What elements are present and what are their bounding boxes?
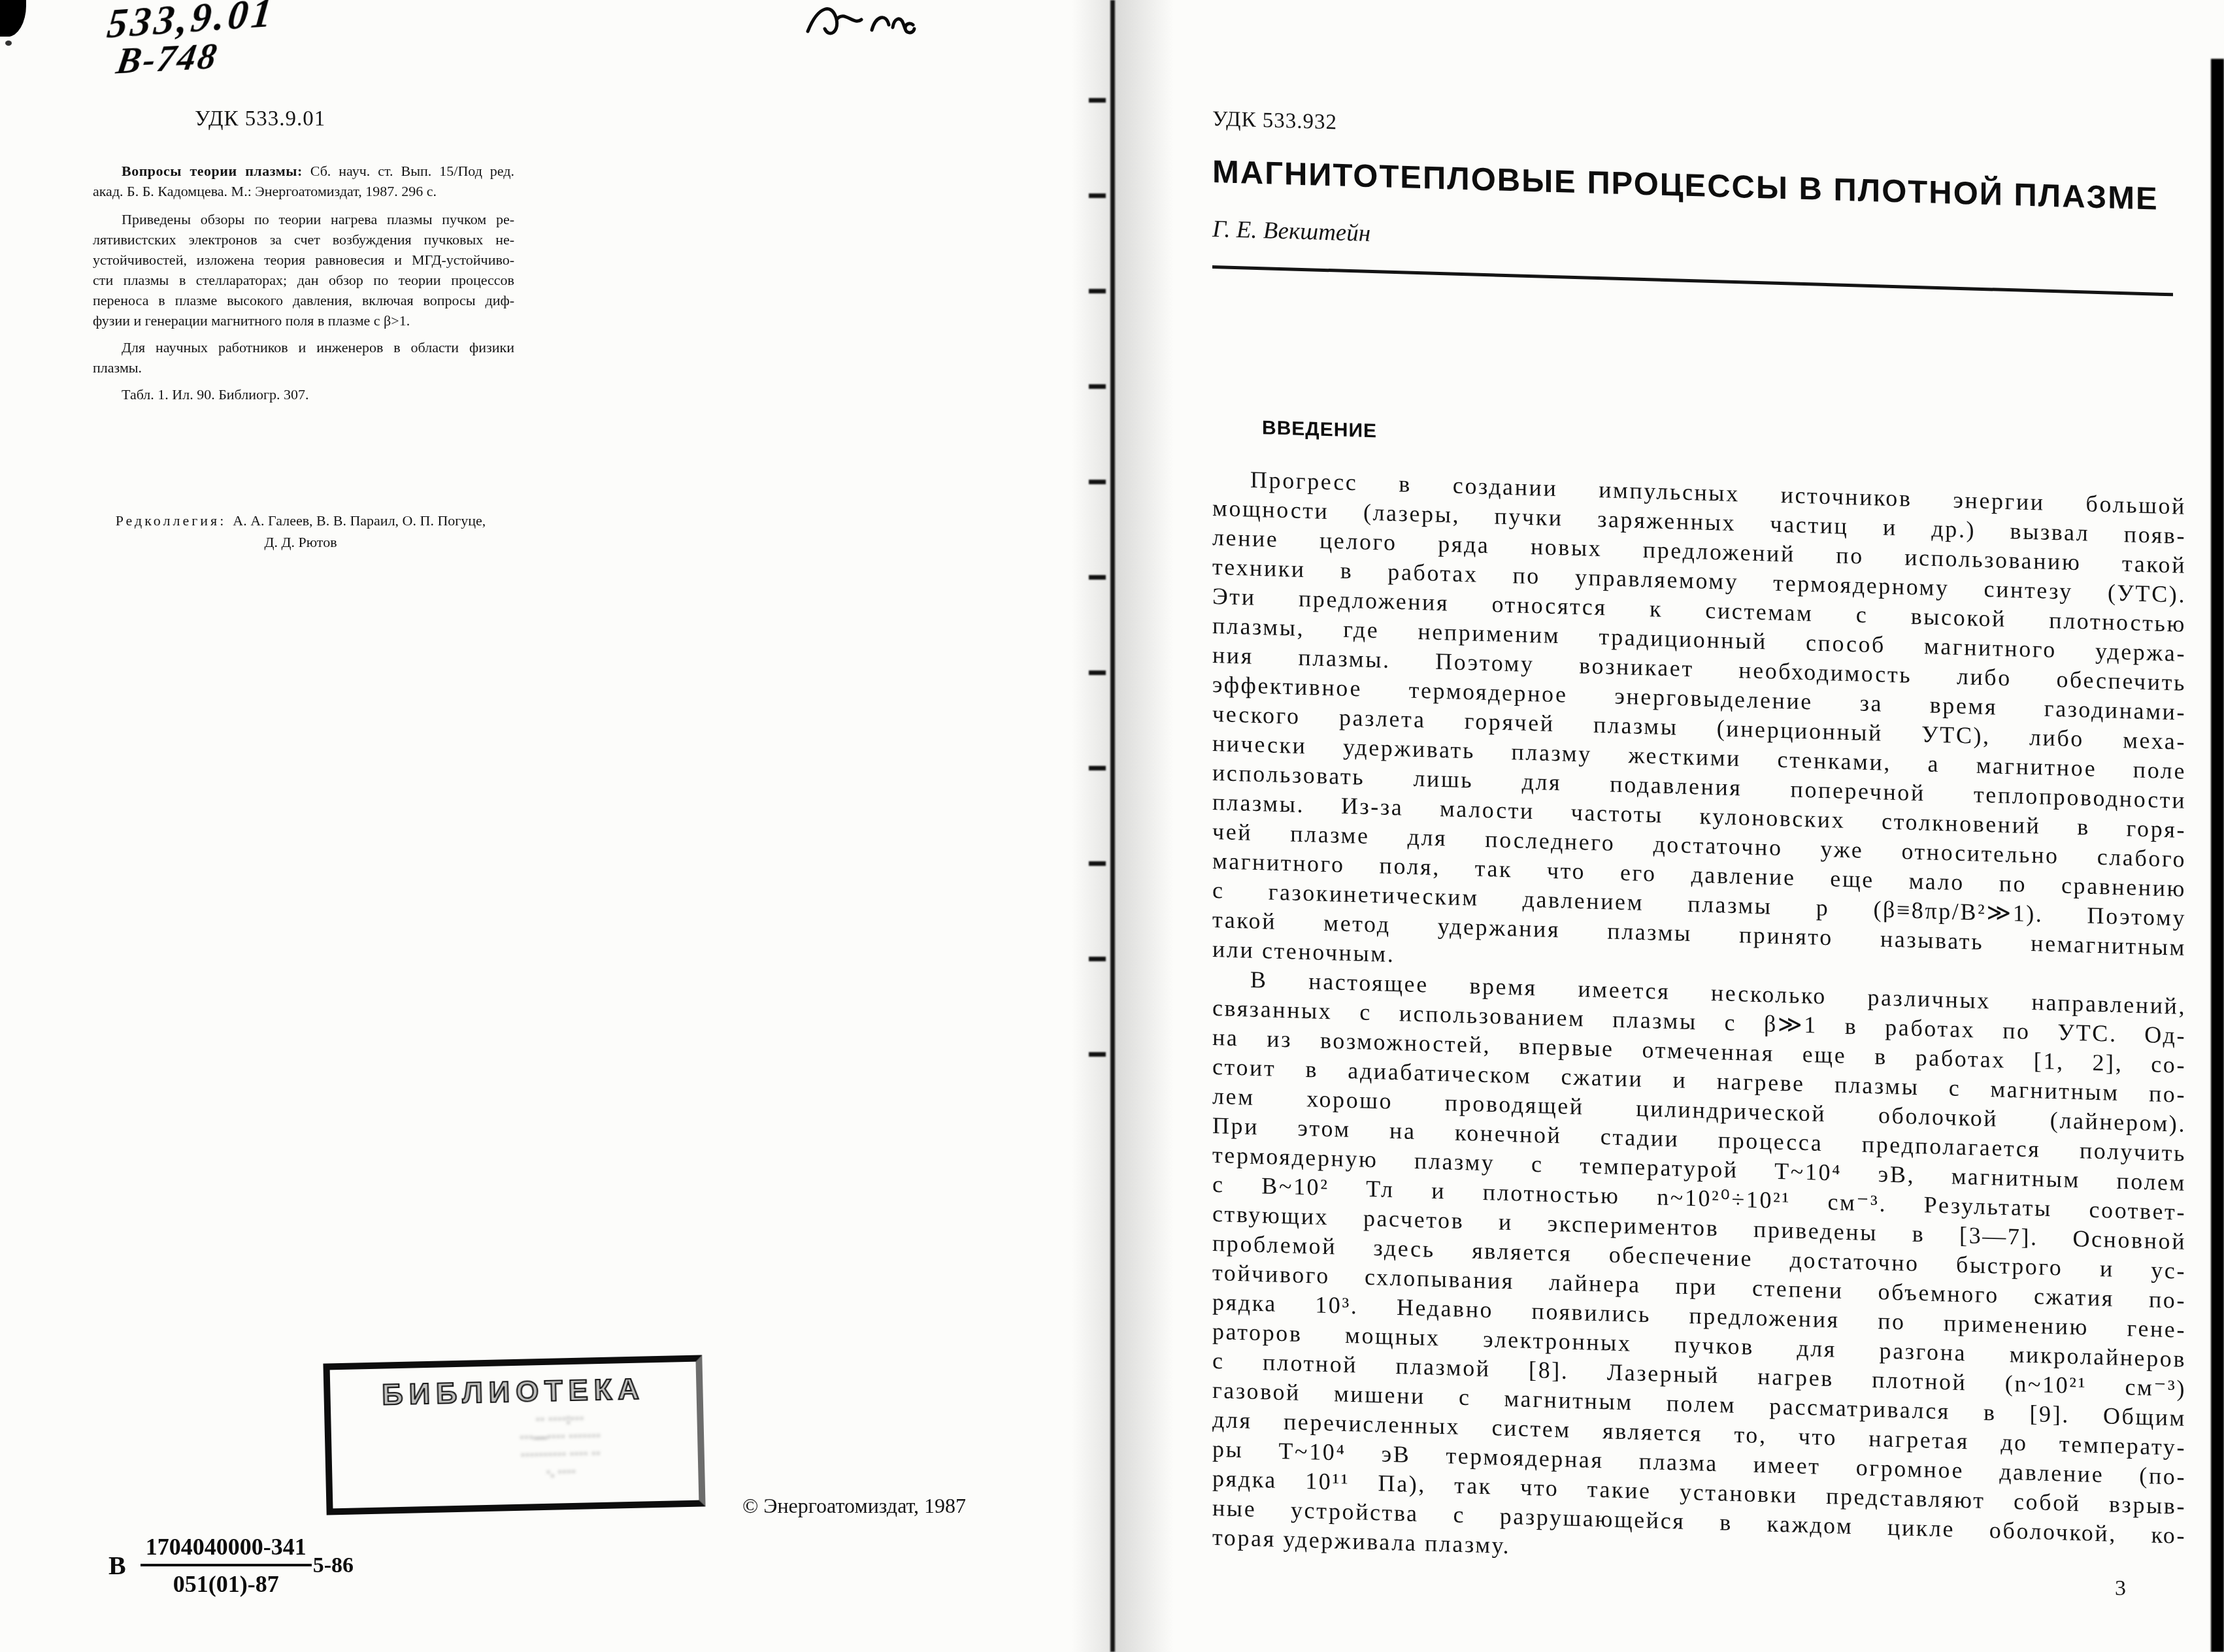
gutter-tick [1089, 193, 1106, 198]
index-prefix: В [108, 1550, 126, 1581]
gutter-tick [1089, 480, 1106, 484]
library-stamp: БИБЛИОТЕКА ·· ····:··· ···—···· ······· … [323, 1355, 705, 1515]
gutter-tick [1089, 289, 1106, 293]
bibliography-title-bold: Вопросы теории плазмы: [122, 163, 303, 179]
stats-line: Табл. 1. Ил. 90. Библиогр. 307. [93, 384, 514, 405]
article-body: Прогресс в создании импульсных источнико… [1212, 464, 2186, 1580]
abstract-text: Приведены обзоры по теории нагрева плазм… [93, 209, 514, 310]
corner-ink-dot [5, 41, 12, 46]
bibliography-title-line: Вопросы теории плазмы: Сб. науч. ст. Вып… [93, 161, 514, 181]
page-gutter-line [1110, 0, 1115, 1652]
audience-note: Для научных работников и инженеров в обл… [93, 337, 514, 357]
article-author: Г. Е. Векштейн [1212, 215, 2186, 271]
editorial-board: Редколлегия:А. А. Галеев, В. В. Параил, … [85, 510, 516, 553]
gutter-tick [1089, 766, 1106, 770]
gutter-tick [1089, 861, 1106, 866]
article-udk: УДК 533.932 [1212, 107, 2186, 159]
bibliography-title-line2: акад. Б. Б. Кадомцева. М.: Энергоатомизд… [93, 181, 514, 201]
title-rule [1212, 265, 2173, 296]
gutter-tick [1089, 575, 1106, 580]
stamp-smudge-lines: ·· ····:··· ···—···· ······· ·········· … [452, 1408, 669, 1483]
gutter-tick [1089, 98, 1106, 103]
stamp-title: БИБЛИОТЕКА [330, 1371, 697, 1413]
index-fraction: 1704040000-341 051(01)-87 [141, 1533, 312, 1598]
gutter-tick [1089, 670, 1106, 675]
editorial-board-names1: А. А. Галеев, В. В. Параил, О. П. Погуце… [233, 512, 486, 529]
editorial-board-label: Редколлегия: [116, 512, 227, 529]
section-heading: ВВЕДЕНИЕ [1262, 417, 2186, 466]
corner-ink-blob [0, 0, 26, 37]
page-edge-bar [2211, 59, 2224, 1652]
article-paragraph-1: Прогресс в создании импульсных источнико… [1212, 464, 2186, 963]
handwritten-call-number-line2: В-748 [114, 35, 222, 83]
index-numerator: 1704040000-341 [141, 1533, 312, 1566]
article-paragraph-2: В настоящее время имеется несколько разл… [1212, 964, 2186, 1551]
audience-last-line: плазмы. [93, 357, 514, 378]
gutter-shadow-right [1115, 0, 1174, 1652]
catalog-index: В 1704040000-341 051(01)-87 5-86 [108, 1533, 354, 1598]
book-spread-scan: 533,9.01 В-748 УДК 533.9.01 Вопросы теор… [0, 0, 2224, 1652]
editorial-board-names2: Д. Д. Рютов [85, 531, 516, 553]
index-suffix: 5-86 [313, 1553, 354, 1578]
copyright-line: © Энергоатомиздат, 1987 [742, 1494, 966, 1518]
bibliography-entry: Вопросы теории плазмы: Сб. науч. ст. Вып… [93, 161, 514, 405]
udk-code-left: УДК 533.9.01 [195, 107, 325, 131]
index-denominator: 051(01)-87 [141, 1566, 312, 1598]
handwritten-scribble [799, 0, 936, 46]
editorial-board-line1: Редколлегия:А. А. Галеев, В. В. Параил, … [85, 510, 516, 531]
page-number: 3 [2115, 1576, 2126, 1601]
gutter-tick [1089, 384, 1106, 389]
abstract-last-line: фузии и генерации магнитного поля в плаз… [93, 310, 514, 331]
article-title: МАГНИТОТЕПЛОВЫЕ ПРОЦЕССЫ В ПЛОТНОЙ ПЛАЗМ… [1212, 154, 2186, 218]
gutter-tick [1089, 1052, 1106, 1057]
gutter-tick [1089, 957, 1106, 961]
bibliography-title-rest: Сб. науч. ст. Вып. 15/Под ред. [303, 163, 514, 179]
article-page: УДК 533.932 МАГНИТОТЕПЛОВЫЕ ПРОЦЕССЫ В П… [1212, 98, 2186, 1580]
gutter-shadow-left [1072, 0, 1111, 1652]
